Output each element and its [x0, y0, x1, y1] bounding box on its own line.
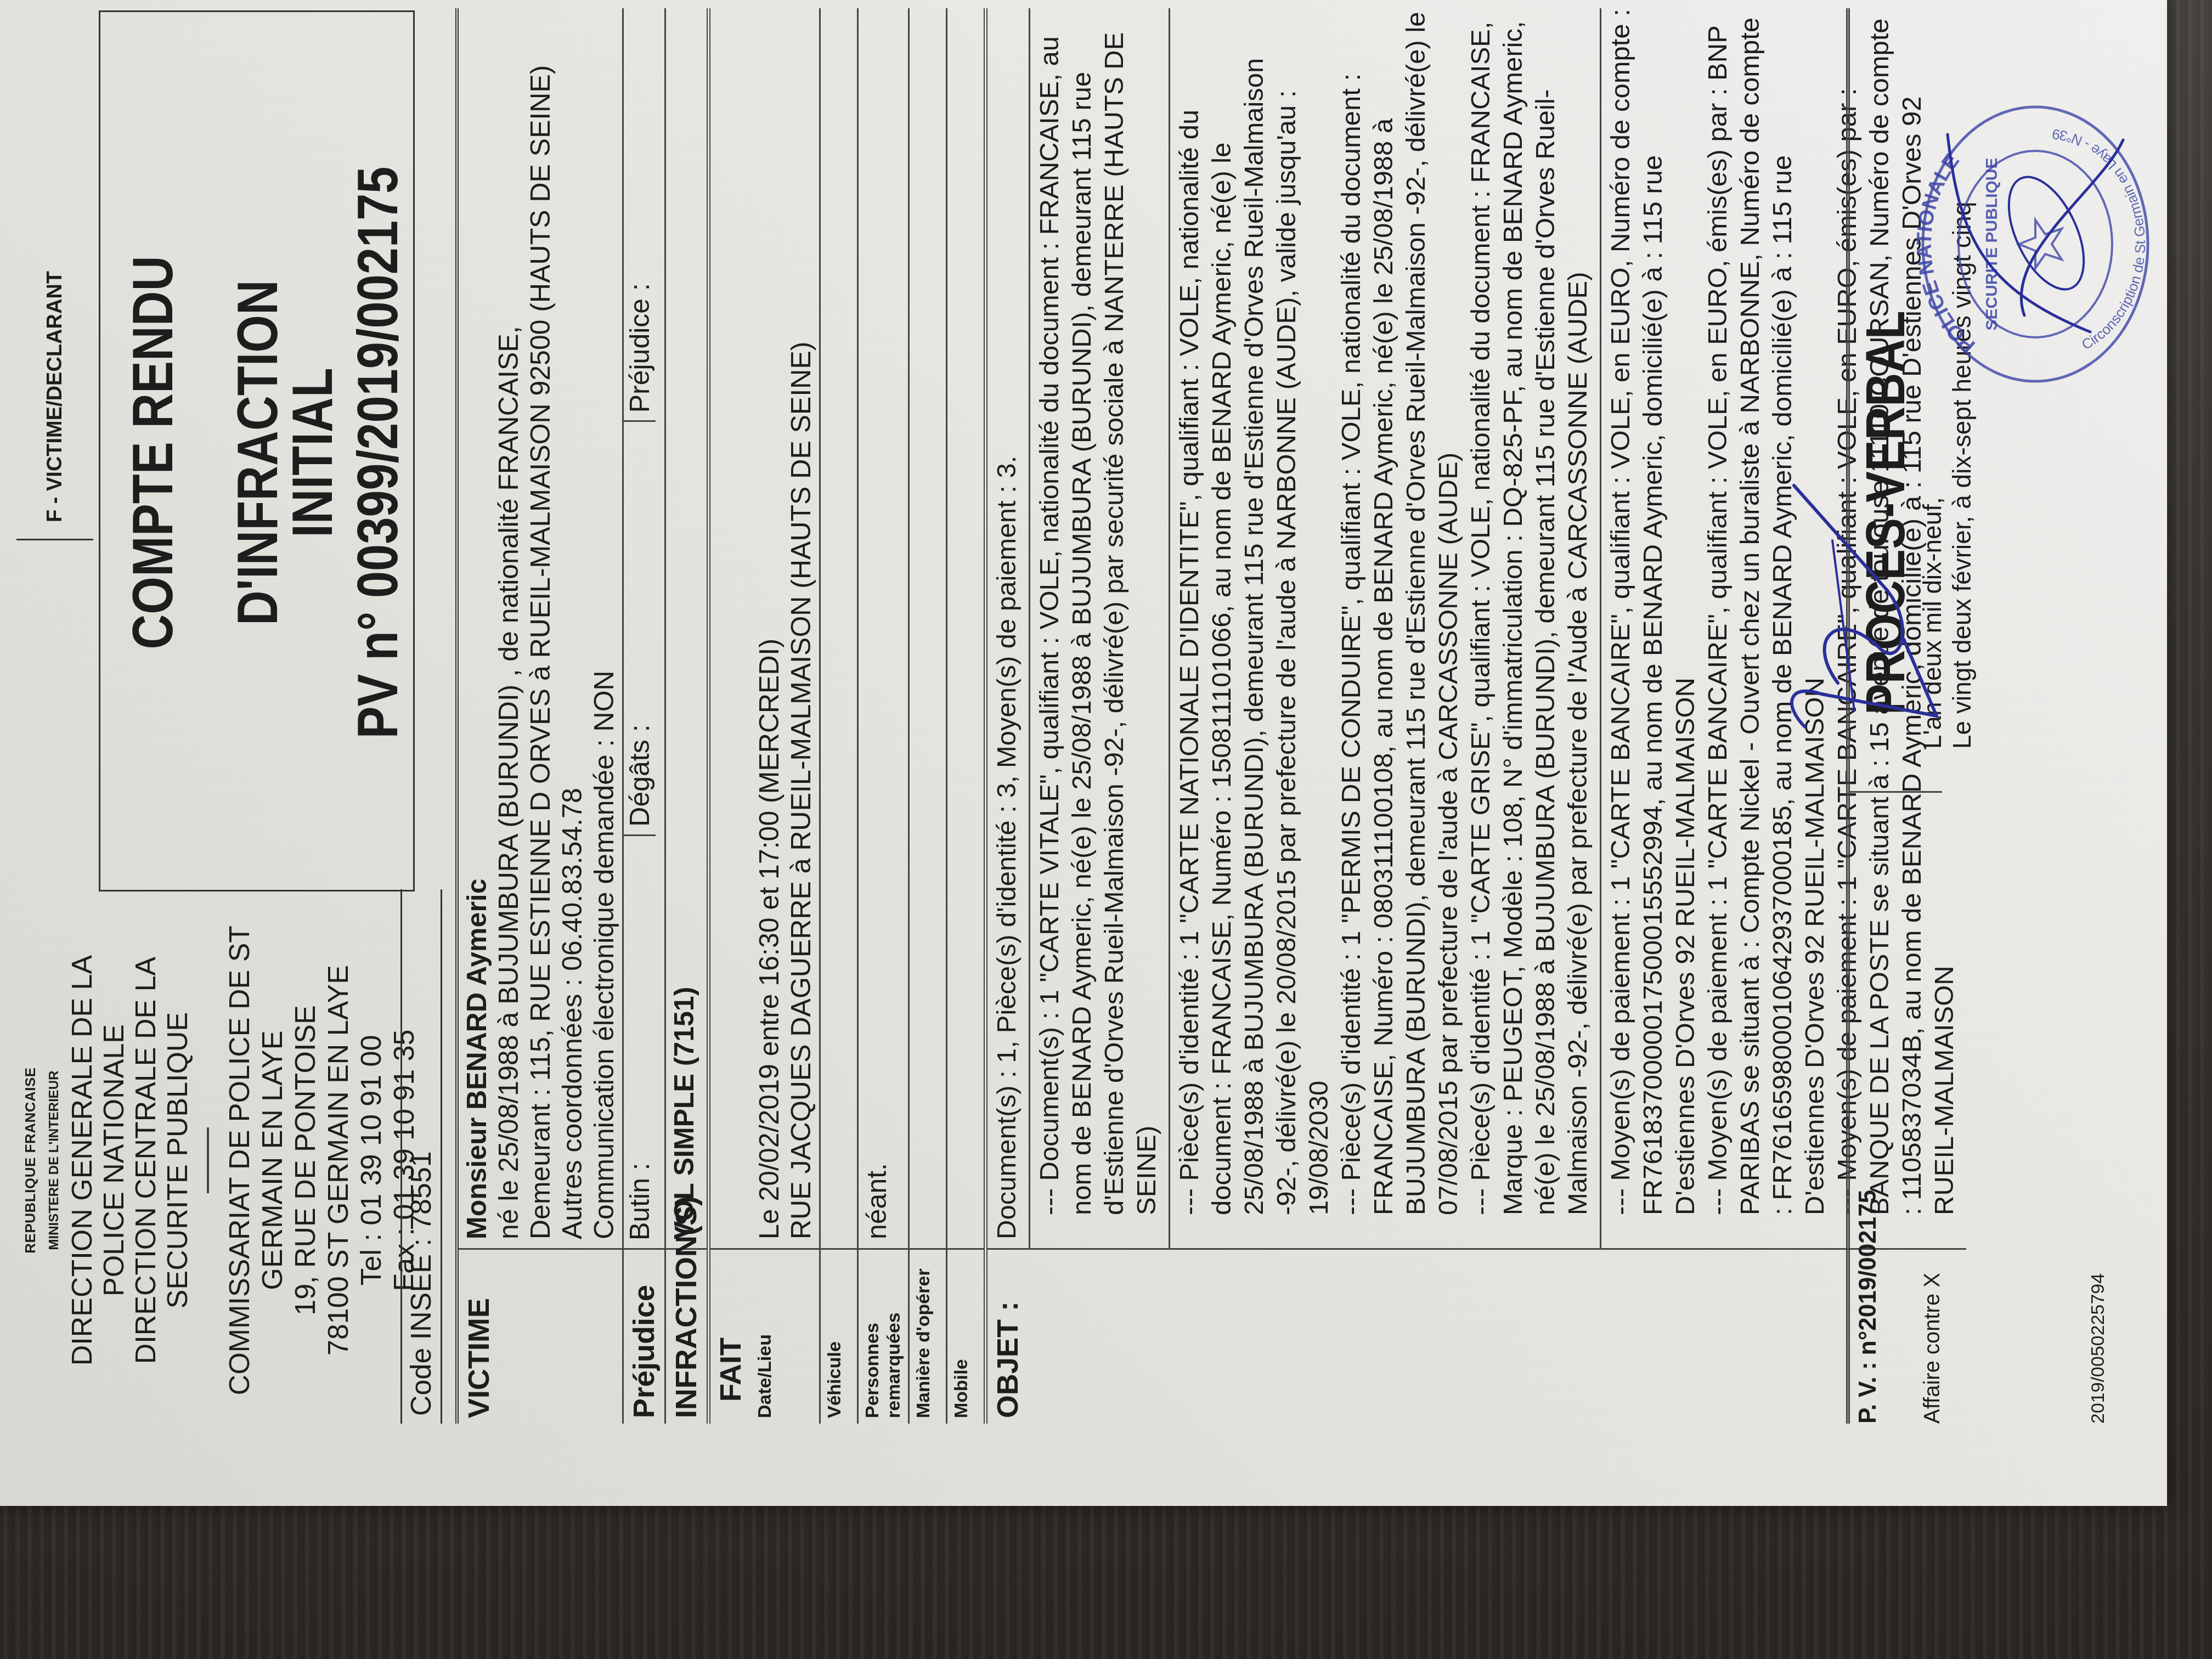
victim-birth: né le 25/08/1988 à BUJUMBURA (BURUNDI) ,… [493, 17, 524, 1239]
direction-line: DIRECTION CENTRALE DE LA [130, 897, 162, 1424]
fait-label: FAIT [710, 1248, 751, 1424]
commissariat-block: COMMISSARIAT DE POLICE DE ST GERMAIN EN … [223, 897, 421, 1424]
direction-line: DIRECTION GENERALE DE LA [66, 897, 98, 1424]
commissariat-line: 19, RUE DE PONTOISE [289, 897, 322, 1424]
vehicule-value [821, 8, 857, 1248]
fait-place: RUE JACQUES DAGUERRE à RUEIL-MALMAISON (… [785, 17, 817, 1239]
commissariat-line: GERMAIN EN LAYE [256, 897, 289, 1424]
title-line: INITIAL [285, 80, 340, 826]
mobile-row: Mobile [947, 8, 988, 1424]
date-lieu-label: Date/Lieu [751, 1248, 819, 1424]
commissariat-phone: Tel : 01 39 10 91 00 [355, 897, 388, 1424]
victim-label: VICTIME [459, 1248, 622, 1424]
header-separator [207, 1127, 209, 1193]
fait-header-row: FAIT [710, 8, 751, 1424]
prejudice-row: Préjudice Butin : Dégâts : Préjudice : [624, 8, 666, 1424]
maniere-label: Manière d'opérer [910, 1248, 946, 1424]
victim-address: Demeurant : 115, RUE ESTIENNE D ORVES à … [524, 17, 556, 1239]
personnes-label: Personnes remarquées [859, 1248, 908, 1424]
footer-left: P. V. : n°2019/002175 Affaire contre X 2… [1854, 793, 2109, 1424]
vehicule-label: Véhicule [821, 1248, 857, 1424]
prejudice-values: Butin : Dégâts : Préjudice : [624, 8, 664, 1248]
objet-item: --- Document(s) : 1 "CARTE VITALE", qual… [1034, 8, 1163, 1248]
copy-label: F - VICTIME/DECLARANT [16, 0, 93, 540]
code-insee: Code INSEE : 78551 [400, 889, 442, 1424]
victim-details: Monsieur BENARD Aymeric né le 25/08/1988… [459, 8, 622, 1248]
direction-block: DIRECTION GENERALE DE LA POLICE NATIONAL… [66, 897, 194, 1424]
procedure-code-number: 2019/0050225794 [2087, 793, 2109, 1424]
infraction-label: INFRACTION(S) [666, 1248, 707, 1424]
infraction-row: INFRACTION(S) VOL SIMPLE (7151) [666, 8, 710, 1424]
objet-label: OBJET : [988, 1248, 1966, 1424]
maniere-value [910, 8, 946, 1248]
commissariat-line: 78100 ST GERMAIN EN LAYE [322, 897, 355, 1424]
svg-text:Circonscription de St Germain: Circonscription de St Germain en Laye - … [2051, 126, 2149, 353]
maniere-row: Manière d'opérer [910, 8, 947, 1424]
title-line: D'INFRACTION [230, 80, 285, 826]
title-compte-rendu: COMPTE RENDU [121, 80, 186, 826]
fait-date: Le 20/02/2019 entre 16:30 et 17:00 (MERC… [753, 17, 785, 1239]
commissariat-line: COMMISSARIAT DE POLICE DE ST [223, 897, 256, 1424]
pv-number: PV n° 00399/2019/002175 [346, 80, 411, 826]
mobile-label: Mobile [947, 1248, 984, 1424]
victim-row: VICTIME Monsieur BENARD Aymeric né le 25… [459, 8, 624, 1424]
signature-icon [1772, 464, 1980, 749]
pv-reference: P. V. : n°2019/002175 [1854, 793, 1882, 1424]
objet-item: --- Pièce(s) d'identité : 1 "CARTE NATIO… [1173, 8, 1335, 1248]
vehicule-row: Véhicule [821, 8, 859, 1424]
victim-name: Monsieur BENARD Aymeric [461, 17, 493, 1239]
police-report-page: F - VICTIME/DECLARANT REPUBLIQUE FRANCAI… [0, 0, 2167, 1506]
ministere-label: MINISTERE DE L'INTERIEUR [47, 897, 62, 1424]
victim-phone: Autres coordonnées : 06.40.83.54.78 [556, 17, 588, 1239]
objet-identity-pieces: --- Pièce(s) d'identité : 1 "CARTE NATIO… [1170, 8, 1601, 1248]
affaire-label: Affaire contre X [1920, 793, 1945, 1424]
degats-field: Dégâts : [624, 420, 656, 834]
date-lieu-row: Date/Lieu Le 20/02/2019 entre 16:30 et 1… [751, 8, 821, 1424]
objet-item: --- Pièce(s) d'identité : 1 "CARTE GRISE… [1465, 8, 1594, 1248]
republique-label: REPUBLIQUE FRANCAISE [22, 897, 39, 1424]
objet-documents: --- Document(s) : 1 "CARTE VITALE", qual… [1030, 8, 1170, 1248]
personnes-value: néant. [859, 8, 908, 1248]
objet-item: --- Moyen(s) de paiement : 1 "CARTE BANC… [1605, 8, 1702, 1248]
butin-field: Butin : [624, 834, 656, 1248]
title-infraction: D'INFRACTION INITIAL [230, 80, 340, 826]
mobile-value [947, 8, 984, 1248]
prejudice-field: Préjudice : [624, 8, 656, 420]
issuer-header: REPUBLIQUE FRANCAISE MINISTERE DE L'INTE… [22, 897, 421, 1424]
direction-line: POLICE NATIONALE [98, 897, 130, 1424]
svg-text:SECURITE PUBLIQUE: SECURITE PUBLIQUE [1983, 157, 2001, 330]
objet-item: --- Pièce(s) d'identité : 1 "PERMIS DE C… [1335, 8, 1465, 1248]
personnes-row: Personnes remarquées néant. [859, 8, 910, 1424]
direction-line: SECURITE PUBLIQUE [162, 897, 194, 1424]
date-lieu-value: Le 20/02/2019 entre 16:30 et 17:00 (MERC… [751, 8, 819, 1248]
svg-text:POLICE NATIONALE: POLICE NATIONALE [1915, 150, 1980, 358]
report-table: VICTIME Monsieur BENARD Aymeric né le 25… [455, 8, 1966, 1424]
infraction-value: VOL SIMPLE (7151) [666, 8, 707, 1248]
victim-electronic-comm: Communication électronique demandée : NO… [588, 17, 620, 1239]
fait-spacer [710, 8, 751, 1248]
objet-summary: Document(s) : 1, Pièce(s) d'identité : 3… [988, 8, 1030, 1248]
prejudice-label: Préjudice [624, 1248, 664, 1424]
police-stamp-icon: POLICE NATIONALE Circonscription de St G… [1915, 91, 2156, 398]
